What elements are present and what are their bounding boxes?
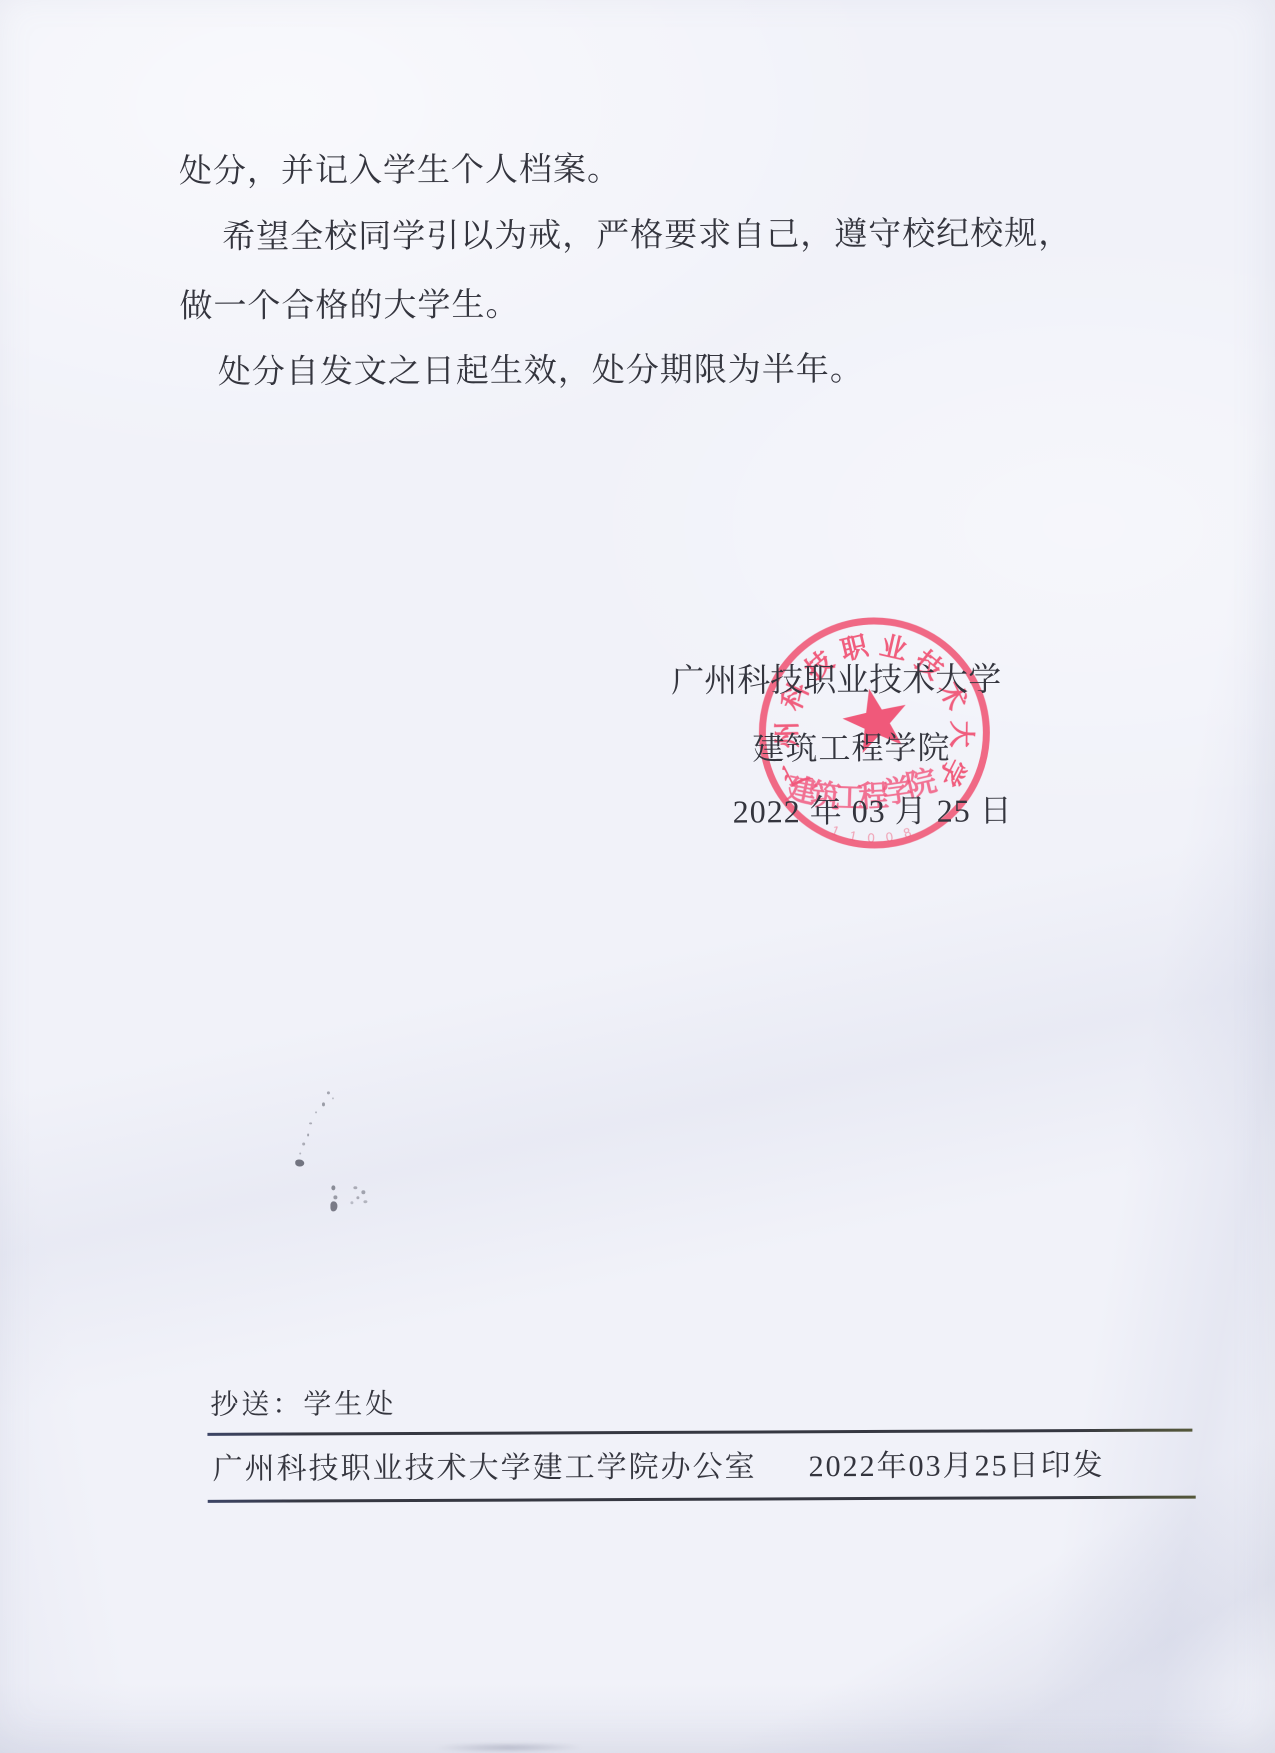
page-content: 处分，并记入学生个人档案。 希望全校同学引以为戒，严格要求自己，遵守校纪校规， … [0, 0, 1275, 1753]
body-text-line: 处分自发文之日起生效，处分期限为半年。 [218, 348, 864, 395]
imprint-office: 广州科技职业技术大学建工学院办公室 [213, 1450, 757, 1485]
body-text-line: 希望全校同学引以为戒，严格要求自己，遵守校纪校规， [222, 212, 1072, 260]
imprint-date: 2022年03月25日印发 [809, 1449, 1105, 1483]
signature-date: 2022 年 03 月 25 日 [733, 788, 1013, 833]
seal-text-char: 大 [946, 720, 976, 747]
scan-edge-smudge [434, 1742, 584, 1753]
signature-dept-name: 建筑工程学院 [752, 726, 950, 771]
scanned-document-page: 处分，并记入学生个人档案。 希望全校同学引以为戒，严格要求自己，遵守校纪校规， … [0, 0, 1275, 1753]
body-text-line: 做一个合格的大学生。 [179, 284, 519, 329]
office-imprint-line: 广州科技职业技术大学建工学院办公室2022年03月25日印发 [212, 1445, 1104, 1491]
body-text-line: 处分，并记入学生个人档案。 [179, 148, 621, 194]
cc-recipients-line: 抄送：学生处 [210, 1385, 396, 1426]
footer-separator-line [208, 1496, 1196, 1503]
ink-smudge [0, 0, 1271, 3]
footer-separator-line [207, 1429, 1192, 1436]
signature-org-name: 广州科技职业技术大学 [671, 658, 1001, 703]
